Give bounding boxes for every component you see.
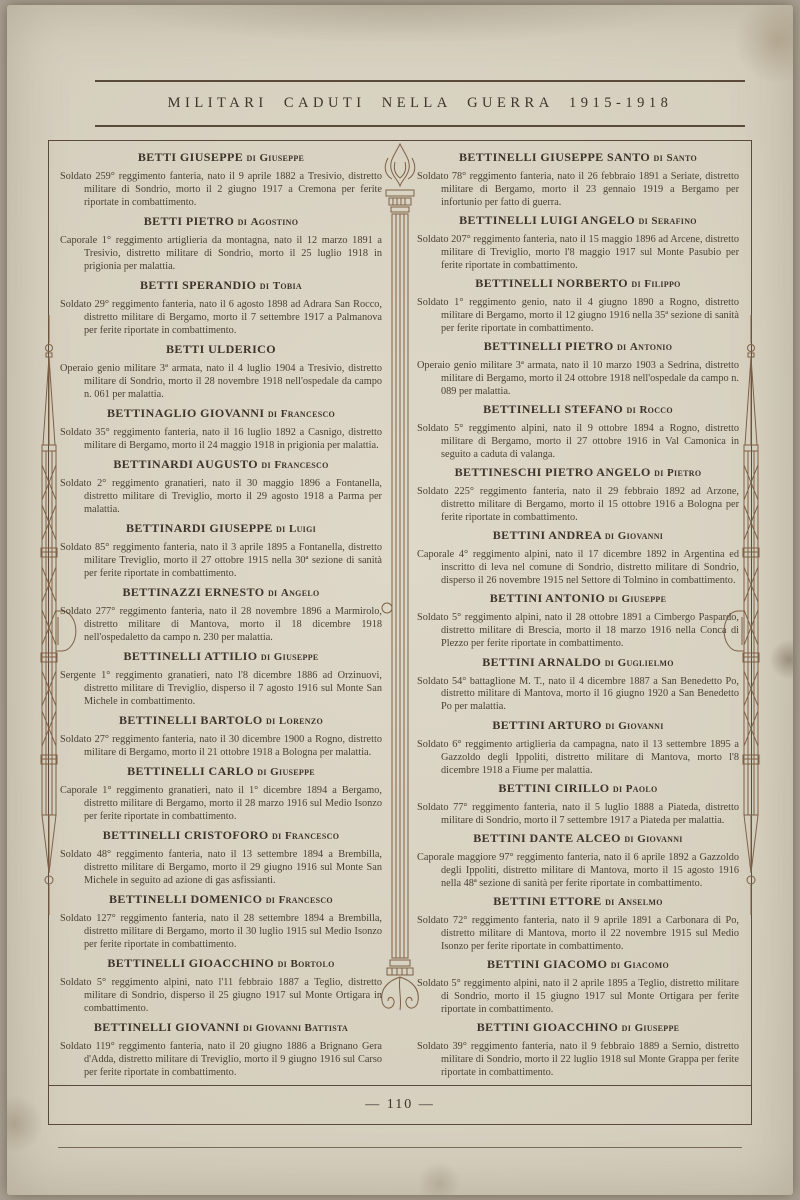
father-name: Giuseppe [274,651,319,663]
soldier-entry: BETTINI ANDREA di Giovanni Caporale 4° r… [417,528,739,588]
soldier-surname-name: BETTINELLI BARTOLO [119,713,263,727]
right-column: BETTINELLI GIUSEPPE SANTO di Santo Solda… [417,150,739,1080]
father-name: Francesco [279,894,333,906]
di-label: di [654,467,664,479]
soldier-surname-name: BETTINELLI DOMENICO [109,892,262,906]
soldier-name-heading: BETTI SPERANDIO di Tobia [60,278,382,293]
father-name: Giovanni [618,530,663,542]
soldier-surname-name: BETTI ULDERICO [166,342,276,356]
soldier-surname-name: BETTINAGLIO GIOVANNI [107,406,264,420]
soldier-record: Soldato 78° reggimento fanteria, nato il… [417,171,739,210]
soldier-surname-name: BETTINI CIRILLO [498,781,609,795]
soldier-record: Soldato 72° reggimento fanteria, nato il… [417,915,739,954]
soldier-name-heading: BETTINELLI PIETRO di Antonio [417,339,739,354]
soldier-name-heading: BETTINI ARTURO di Giovanni [417,718,739,733]
soldier-surname-name: BETTINI GIOACCHINO [477,1020,619,1034]
father-name: Rocco [639,404,672,416]
soldier-name-heading: BETTINI ARNALDO di Guglielmo [417,655,739,670]
soldier-entry: BETTINELLI CARLO di Giuseppe Caporale 1°… [60,764,382,824]
soldier-name-heading: BETTINELLI NORBERTO di Filippo [417,276,739,291]
soldier-surname-name: BETTINI GIACOMO [487,957,607,971]
soldier-name-heading: BETTINELLI LUIGI ANGELO di Serafino [417,213,739,228]
soldier-record: Soldato 27° reggimento fanteria, nato il… [60,734,382,760]
soldier-name-heading: BETTINELLI STEFANO di Rocco [417,402,739,417]
soldier-entry: BETTI SPERANDIO di Tobia Soldato 29° reg… [60,278,382,338]
soldier-record: Soldato 127° reggimento fanteria, nato i… [60,913,382,952]
soldier-record: Soldato 5° reggimento alpini, nato il 2 … [417,978,739,1017]
soldier-entry: BETTINARDI AUGUSTO di Francesco Soldato … [60,457,382,517]
father-name: Giuseppe [622,593,667,605]
soldier-surname-name: BETTINI ARTURO [492,718,602,732]
soldier-record: Sergente 1° reggimento granatieri, nato … [60,670,382,709]
father-name: Pietro [667,467,701,479]
soldier-record: Caporale maggiore 97° reggimento fanteri… [417,852,739,891]
soldier-surname-name: BETTINELLI GIOACCHINO [107,956,274,970]
soldier-entry: BETTINARDI GIUSEPPE di Luigi Soldato 85°… [60,521,382,581]
soldier-entry: BETTINI DANTE ALCEO di Giovanni Caporale… [417,831,739,891]
soldier-entry: BETTINELLI ATTILIO di Giuseppe Sergente … [60,649,382,709]
soldier-surname-name: BETTINELLI PIETRO [484,339,614,353]
father-name: Agostino [251,216,299,228]
soldier-name-heading: BETTINESCHI PIETRO ANGELO di Pietro [417,465,739,480]
father-name: Anselmo [618,896,663,908]
di-label: di [272,830,282,842]
soldier-surname-name: BETTINI ARNALDO [482,655,601,669]
soldier-surname-name: BETTINARDI GIUSEPPE [126,521,273,535]
father-name: Bortolo [290,958,334,970]
father-name: Giovanni [637,833,682,845]
soldier-name-heading: BETTINELLI ATTILIO di Giuseppe [60,649,382,664]
soldier-surname-name: BETTINELLI ATTILIO [123,649,257,663]
di-label: di [260,280,270,292]
soldier-record: Soldato 48° reggimento fanteria, nato il… [60,849,382,888]
di-label: di [605,720,615,732]
father-name: Lorenzo [279,715,323,727]
di-label: di [609,593,619,605]
soldier-surname-name: BETTINI ANDREA [493,528,602,542]
father-name: Santo [666,152,697,164]
di-label: di [624,833,634,845]
torch-column-ornament [378,142,422,1047]
soldier-name-heading: BETTINI CIRILLO di Paolo [417,781,739,796]
soldier-name-heading: BETTINARDI GIUSEPPE di Luigi [60,521,382,536]
di-label: di [617,341,627,353]
soldier-entry: BETTI PIETRO di Agostino Caporale 1° reg… [60,214,382,274]
page-title: MILITARI CADUTI NELLA GUERRA 1915-1918 [168,95,673,112]
soldier-name-heading: BETTI PIETRO di Agostino [60,214,382,229]
soldier-entry: BETTINELLI DOMENICO di Francesco Soldato… [60,892,382,952]
soldier-record: Soldato 5° reggimento alpini, nato l'11 … [60,977,382,1016]
di-label: di [268,587,278,599]
father-name: Antonio [630,341,672,353]
page-number: — 110 — [365,1097,434,1113]
soldier-entry: BETTI GIUSEPPE di Giuseppe Soldato 259° … [60,150,382,210]
father-name: Serafino [651,215,696,227]
father-name: Giacomo [624,959,669,971]
di-label: di [278,958,288,970]
soldier-entry: BETTINAZZI ERNESTO di Angelo Soldato 277… [60,585,382,645]
soldier-entry: BETTI ULDERICO Operaio genio militare 3ª… [60,342,382,402]
page-header: MILITARI CADUTI NELLA GUERRA 1915-1918 [95,80,745,127]
soldier-name-heading: BETTINAGLIO GIOVANNI di Francesco [60,406,382,421]
soldier-surname-name: BETTINESCHI PIETRO ANGELO [455,465,651,479]
soldier-record: Operaio genio militare 3ª armata, nato i… [60,363,382,402]
soldier-name-heading: BETTINI GIACOMO di Giacomo [417,957,739,972]
soldier-record: Soldato 77° reggimento fanteria, nato il… [417,802,739,828]
di-label: di [276,523,286,535]
soldier-name-heading: BETTINELLI GIOVANNI di Giovanni Battista [60,1020,382,1035]
soldier-entry: BETTINI ARTURO di Giovanni Soldato 6° re… [417,718,739,778]
soldier-entry: BETTINESCHI PIETRO ANGELO di Pietro Sold… [417,465,739,525]
di-label: di [654,152,664,164]
soldier-name-heading: BETTINELLI GIOACCHINO di Bortolo [60,956,382,971]
father-name: Tobia [273,280,302,292]
soldier-record: Soldato 5° reggimento alpini, nato il 9 … [417,423,739,462]
di-label: di [611,959,621,971]
soldier-entry: BETTINELLI GIOVANNI di Giovanni Battista… [60,1020,382,1080]
di-label: di [622,1022,632,1034]
soldier-record: Soldato 39° reggimento fanteria, nato il… [417,1041,739,1080]
soldier-name-heading: BETTINELLI CARLO di Giuseppe [60,764,382,779]
father-name: Luigi [289,523,316,535]
soldier-surname-name: BETTINARDI AUGUSTO [113,457,258,471]
father-name: Giuseppe [270,766,315,778]
father-name: Giovanni [618,720,663,732]
soldier-record: Soldato 119° reggimento fanteria, nato i… [60,1041,382,1080]
soldier-record: Soldato 1° reggimento genio, nato il 4 g… [417,297,739,336]
soldier-entry: BETTINELLI GIUSEPPE SANTO di Santo Solda… [417,150,739,210]
soldier-entry: BETTINI GIOACCHINO di Giuseppe Soldato 3… [417,1020,739,1080]
father-name: Francesco [281,408,335,420]
father-name: Giuseppe [635,1022,680,1034]
soldier-name-heading: BETTI GIUSEPPE di Giuseppe [60,150,382,165]
soldier-entry: BETTINELLI BARTOLO di Lorenzo Soldato 27… [60,713,382,760]
soldier-record: Soldato 2° reggimento granatieri, nato i… [60,478,382,517]
soldier-surname-name: BETTINI ANTONIO [490,591,605,605]
soldier-record: Soldato 259° reggimento fanteria, nato i… [60,171,382,210]
di-label: di [266,894,276,906]
soldier-name-heading: BETTINI ETTORE di Anselmo [417,894,739,909]
father-name: Filippo [644,278,680,290]
di-label: di [605,657,615,669]
soldier-record: Caporale 1° reggimento granatieri, nato … [60,785,382,824]
soldier-record: Soldato 85° reggimento fanteria, nato il… [60,542,382,581]
soldier-record: Soldato 225° reggimento fanteria, nato i… [417,486,739,525]
di-label: di [261,459,271,471]
soldier-entry: BETTINELLI PIETRO di Antonio Operaio gen… [417,339,739,399]
soldier-name-heading: BETTINI DANTE ALCEO di Giovanni [417,831,739,846]
soldier-entry: BETTINELLI LUIGI ANGELO di Serafino Sold… [417,213,739,273]
di-label: di [243,1022,253,1034]
soldier-name-heading: BETTINELLI DOMENICO di Francesco [60,892,382,907]
di-label: di [639,215,649,227]
soldier-surname-name: BETTINI ETTORE [493,894,601,908]
soldier-name-heading: BETTINAZZI ERNESTO di Angelo [60,585,382,600]
father-name: Paolo [626,783,658,795]
soldier-record: Soldato 5° reggimento alpini, nato il 28… [417,612,739,651]
father-name: Angelo [281,587,320,599]
soldier-name-heading: BETTINELLI CRISTOFORO di Francesco [60,828,382,843]
father-name: Francesco [274,459,328,471]
soldier-surname-name: BETTINELLI NORBERTO [475,276,628,290]
soldier-surname-name: BETTINELLI LUIGI ANGELO [459,213,635,227]
soldier-record: Soldato 207° reggimento fanteria, nato i… [417,234,739,273]
soldier-record: Soldato 54° battaglione M. T., nato il 4… [417,676,739,715]
di-label: di [266,715,276,727]
soldier-record: Soldato 6° reggimento artiglieria da cam… [417,739,739,778]
soldier-surname-name: BETTI GIUSEPPE [138,150,243,164]
soldier-entry: BETTINELLI CRISTOFORO di Francesco Solda… [60,828,382,888]
soldier-entry: BETTINI GIACOMO di Giacomo Soldato 5° re… [417,957,739,1017]
soldier-name-heading: BETTINELLI BARTOLO di Lorenzo [60,713,382,728]
soldier-record: Soldato 277° reggimento fanteria, nato i… [60,606,382,645]
di-label: di [268,408,278,420]
soldier-record: Caporale 4° reggimento alpini, nato il 1… [417,549,739,588]
father-name: Guglielmo [618,657,674,669]
soldier-entry: BETTINI ANTONIO di Giuseppe Soldato 5° r… [417,591,739,651]
soldier-surname-name: BETTINI DANTE ALCEO [473,831,621,845]
soldier-name-heading: BETTI ULDERICO [60,342,382,357]
father-name: Giovanni Battista [256,1022,348,1034]
soldier-name-heading: BETTINI ANDREA di Giovanni [417,528,739,543]
soldier-surname-name: BETTINELLI CRISTOFORO [103,828,269,842]
soldier-record: Soldato 29° reggimento fanteria, nato il… [60,299,382,338]
soldier-record: Operaio genio militare 3ª armata, nato i… [417,360,739,399]
soldier-surname-name: BETTINELLI GIUSEPPE SANTO [459,150,650,164]
soldier-name-heading: BETTINI GIOACCHINO di Giuseppe [417,1020,739,1035]
soldier-entry: BETTINELLI STEFANO di Rocco Soldato 5° r… [417,402,739,462]
soldier-entry: BETTINI ETTORE di Anselmo Soldato 72° re… [417,894,739,954]
di-label: di [261,651,271,663]
soldier-name-heading: BETTINELLI GIUSEPPE SANTO di Santo [417,150,739,165]
soldier-name-heading: BETTINI ANTONIO di Giuseppe [417,591,739,606]
soldier-entry: BETTINELLI NORBERTO di Filippo Soldato 1… [417,276,739,336]
father-name: Francesco [285,830,339,842]
di-label: di [605,530,615,542]
soldier-surname-name: BETTINELLI CARLO [127,764,254,778]
soldier-entry: BETTINI ARNALDO di Guglielmo Soldato 54°… [417,655,739,715]
di-label: di [605,896,615,908]
soldier-entry: BETTINAGLIO GIOVANNI di Francesco Soldat… [60,406,382,453]
soldier-surname-name: BETTINAZZI ERNESTO [123,585,265,599]
soldier-surname-name: BETTI PIETRO [144,214,235,228]
di-label: di [257,766,267,778]
soldier-name-heading: BETTINARDI AUGUSTO di Francesco [60,457,382,472]
soldier-entry: BETTINELLI GIOACCHINO di Bortolo Soldato… [60,956,382,1016]
soldier-record: Caporale 1° reggimento artiglieria da mo… [60,235,382,274]
soldier-surname-name: BETTI SPERANDIO [140,278,256,292]
soldier-entry: BETTINI CIRILLO di Paolo Soldato 77° reg… [417,781,739,828]
outer-bottom-rule [58,1147,742,1148]
page-footer: — 110 — [48,1085,752,1125]
father-name: Giuseppe [259,152,304,164]
soldier-surname-name: BETTINELLI GIOVANNI [94,1020,240,1034]
soldier-record: Soldato 35° reggimento fanteria, nato il… [60,427,382,453]
soldier-surname-name: BETTINELLI STEFANO [483,402,623,416]
left-column: BETTI GIUSEPPE di Giuseppe Soldato 259° … [60,150,382,1080]
di-label: di [247,152,257,164]
di-label: di [238,216,248,228]
di-label: di [631,278,641,290]
di-label: di [613,783,623,795]
di-label: di [627,404,637,416]
